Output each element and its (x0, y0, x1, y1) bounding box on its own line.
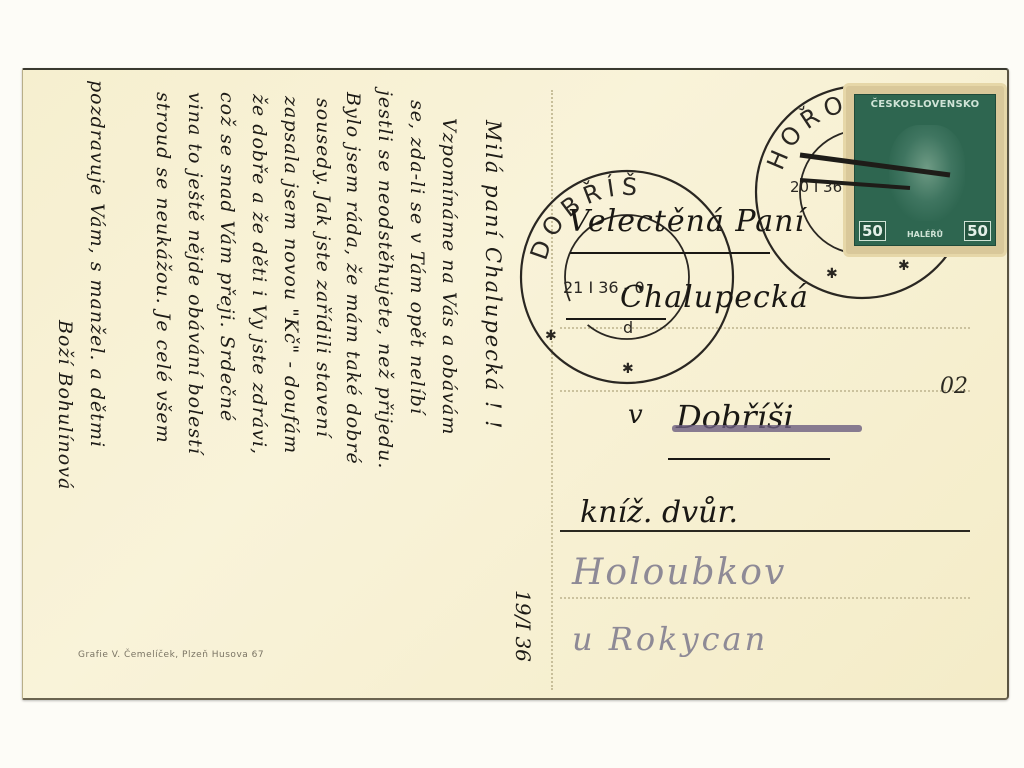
message-line: že dobře a že děti i Vy jste zdrávi, (248, 94, 270, 455)
stamp-value-right: 50 (964, 221, 991, 241)
message-line: což se snad Vám přeji. Srdečné (216, 92, 238, 422)
message-date: 19/I 36 (511, 590, 535, 662)
underline (668, 458, 830, 460)
address-pencil-region: u Rokycan (572, 620, 768, 658)
svg-text:d: d (623, 318, 633, 337)
message-line: Bylo jsem ráda, že mám také dobré (342, 92, 364, 465)
stamp-country: ČESKOSLOVENSKO (855, 99, 995, 110)
address-prefix: v (628, 400, 643, 430)
underline (566, 318, 666, 320)
cancel-bars (760, 130, 960, 210)
message-signature: Boží Bohulínová (54, 320, 76, 490)
message-line: stroud se neukážou. Je celé všem (152, 92, 174, 444)
message-line: se, zda-li se v Tám opět nelíbí (406, 100, 428, 415)
underline (570, 252, 770, 254)
svg-text:✱: ✱ (622, 361, 634, 377)
message-line: sousedy. Jak jste zařídili stavení (312, 98, 334, 438)
message-line: Vzpomínáme na Vás a obávám (438, 118, 460, 435)
address-line-4 (560, 597, 970, 599)
postmark-dobris: DOBŘÍŠ 21 I 36 - 0 d ✱ ✱ (515, 165, 740, 390)
address-line-3 (560, 530, 970, 532)
address-line-salutation: Velectěná Paní (568, 204, 805, 239)
strikethrough-mark (672, 425, 862, 432)
svg-text:✱: ✱ (898, 258, 910, 274)
message-line: pozdravuje Vám, s manžel. a dětmi (86, 80, 108, 448)
message-line: zapsala jsem novou "Kč" - doufám (280, 96, 302, 454)
message-greeting: Milá paní Chalupecká ! ! (481, 120, 505, 430)
svg-text:✱: ✱ (545, 328, 557, 344)
handwritten-note: 02 (940, 374, 968, 399)
address-pencil-town: Holoubkov (572, 552, 786, 593)
message-line: vina to ještě nějde obávání bolestí (184, 92, 206, 455)
message-line: jestli se neodstěhujete, než přijedu. (374, 90, 396, 469)
svg-text:✱: ✱ (826, 266, 838, 282)
printer-imprint: Grafie V. Čemelíček, Plzeň Husova 67 (78, 650, 264, 660)
address-line-2 (560, 390, 970, 392)
address-recipient: Chalupecká (620, 280, 809, 315)
address-estate: kníž. dvůr. (580, 495, 738, 530)
